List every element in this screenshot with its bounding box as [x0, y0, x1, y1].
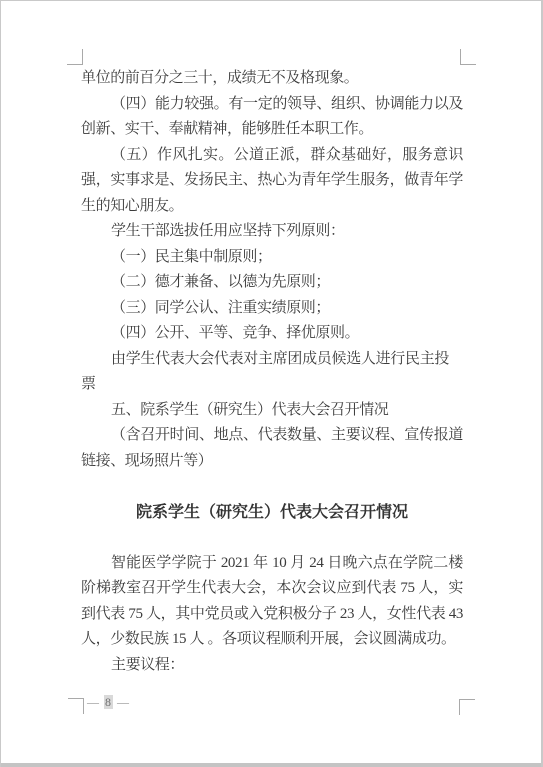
- page-bottom-edge: [1, 763, 541, 767]
- page-number: 8: [104, 695, 113, 709]
- paragraph: 五、院系学生（研究生）代表大会召开情况: [81, 398, 463, 424]
- paragraph: 由学生代表大会代表对主席团成员候选人进行民主投票: [81, 347, 463, 398]
- paragraph: （含召开时间、地点、代表数量、主要议程、宣传报道链接、现场照片等）: [81, 423, 463, 474]
- margin-mark-top-left: [67, 49, 83, 65]
- paragraph: （四）能力较强。有一定的领导、组织、协调能力以及创新、实干、奉献精神，能够胜任本…: [81, 92, 463, 143]
- paragraph: 主要议程：: [81, 653, 463, 679]
- page-body: 单位的前百分之三十，成绩无不及格现象。 （四）能力较强。有一定的领导、组织、协调…: [81, 66, 463, 678]
- page-number-dash-left: —: [87, 695, 100, 709]
- paragraph: （五）作风扎实。公道正派，群众基础好，服务意识强，实事求是、发扬民主、热心为青年…: [81, 143, 463, 220]
- paragraph: （三）同学公认、注重实绩原则；: [81, 296, 463, 322]
- page-number-dash-right: —: [117, 695, 130, 709]
- margin-mark-top-right: [460, 49, 476, 65]
- paragraph: 单位的前百分之三十，成绩无不及格现象。: [81, 66, 463, 92]
- page-footer: — 8 —: [87, 695, 130, 709]
- paragraph: （一）民主集中制原则；: [81, 245, 463, 271]
- paragraph: （二）德才兼备、以德为先原则；: [81, 270, 463, 296]
- paragraph: 智能医学学院于 2021 年 10 月 24 日晚六点在学院二楼阶梯教室召开学生…: [81, 551, 463, 653]
- margin-mark-bottom-left: [68, 698, 84, 714]
- margin-mark-bottom-right: [459, 699, 475, 715]
- document-page: 单位的前百分之三十，成绩无不及格现象。 （四）能力较强。有一定的领导、组织、协调…: [0, 0, 543, 767]
- paragraph: （四）公开、平等、竞争、择优原则。: [81, 321, 463, 347]
- paragraph: 学生干部选拔任用应坚持下列原则：: [81, 219, 463, 245]
- section-heading: 院系学生（研究生）代表大会召开情况: [81, 500, 463, 526]
